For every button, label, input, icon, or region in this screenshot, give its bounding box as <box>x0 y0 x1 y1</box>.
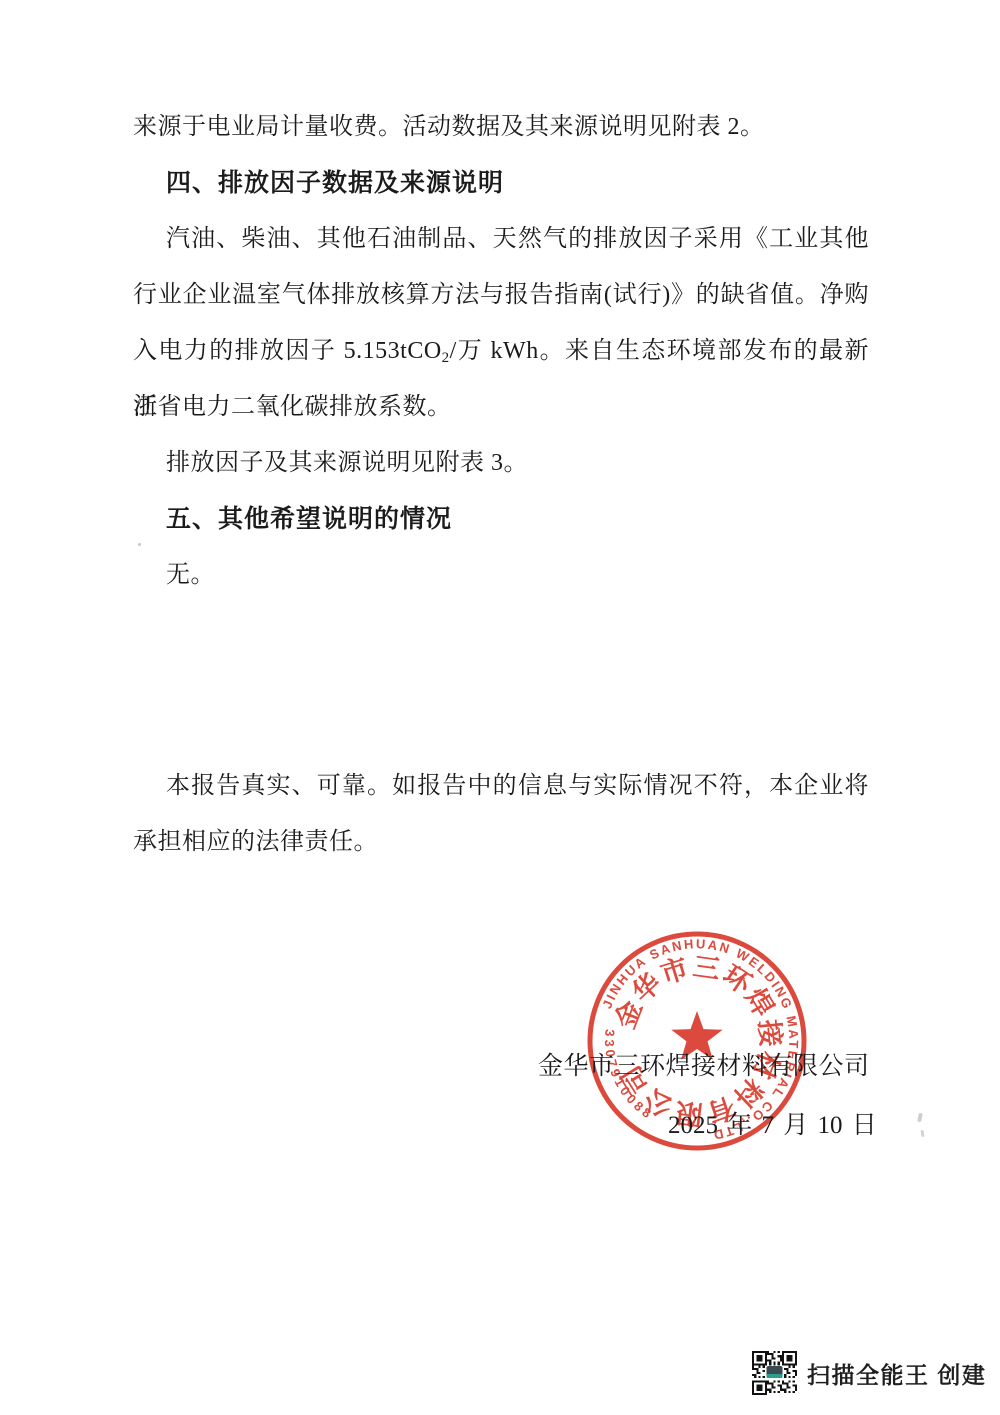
text-line: 江省电力二氧化碳排放系数。 <box>133 379 869 435</box>
section-heading: 五、其他希望说明的情况 <box>133 491 869 547</box>
scan-speck <box>138 543 141 546</box>
scan-speck <box>630 238 633 241</box>
text-line: 排放因子及其来源说明见附表 3。 <box>133 435 869 491</box>
scan-speck <box>921 1130 925 1137</box>
qr-caption: 扫描全能王 创建 <box>807 1357 986 1390</box>
scanner-footer: 扫描全能王 创建 <box>752 1349 986 1397</box>
scan-speck <box>917 1113 923 1123</box>
main-text-block: 来源于电业局计量收费。活动数据及其来源说明见附表 2。四、排放因子数据及来源说明… <box>133 99 869 603</box>
statement-text-block: 本报告真实、可靠。如报告中的信息与实际情况不符，本企业将承担相应的法律责任。 <box>133 758 869 870</box>
signature-date: 2025 年 7 月 10 日 <box>668 1110 877 1142</box>
text-line: 承担相应的法律责任。 <box>133 814 869 870</box>
text-line: 汽油、柴油、其他石油制品、天然气的排放因子采用《工业其他 <box>133 211 869 267</box>
text-line: 本报告真实、可靠。如报告中的信息与实际情况不符，本企业将 <box>133 758 869 814</box>
qr-code <box>752 1351 797 1395</box>
text-line: 无。 <box>133 547 869 603</box>
scanned-document-page: 来源于电业局计量收费。活动数据及其来源说明见附表 2。四、排放因子数据及来源说明… <box>0 0 1000 1415</box>
text-line: 行业企业温室气体排放核算方法与报告指南(试行)》的缺省值。净购 <box>133 267 869 323</box>
signature-company-name: 金华市三环焊接材料有限公司 <box>538 1051 870 1083</box>
text-line: 来源于电业局计量收费。活动数据及其来源说明见附表 2。 <box>133 99 869 155</box>
section-heading: 四、排放因子数据及来源说明 <box>133 155 869 211</box>
text-line: 入电力的排放因子 5.153tCO2/万 kWh。来自生态环境部发布的最新浙 <box>133 323 869 379</box>
